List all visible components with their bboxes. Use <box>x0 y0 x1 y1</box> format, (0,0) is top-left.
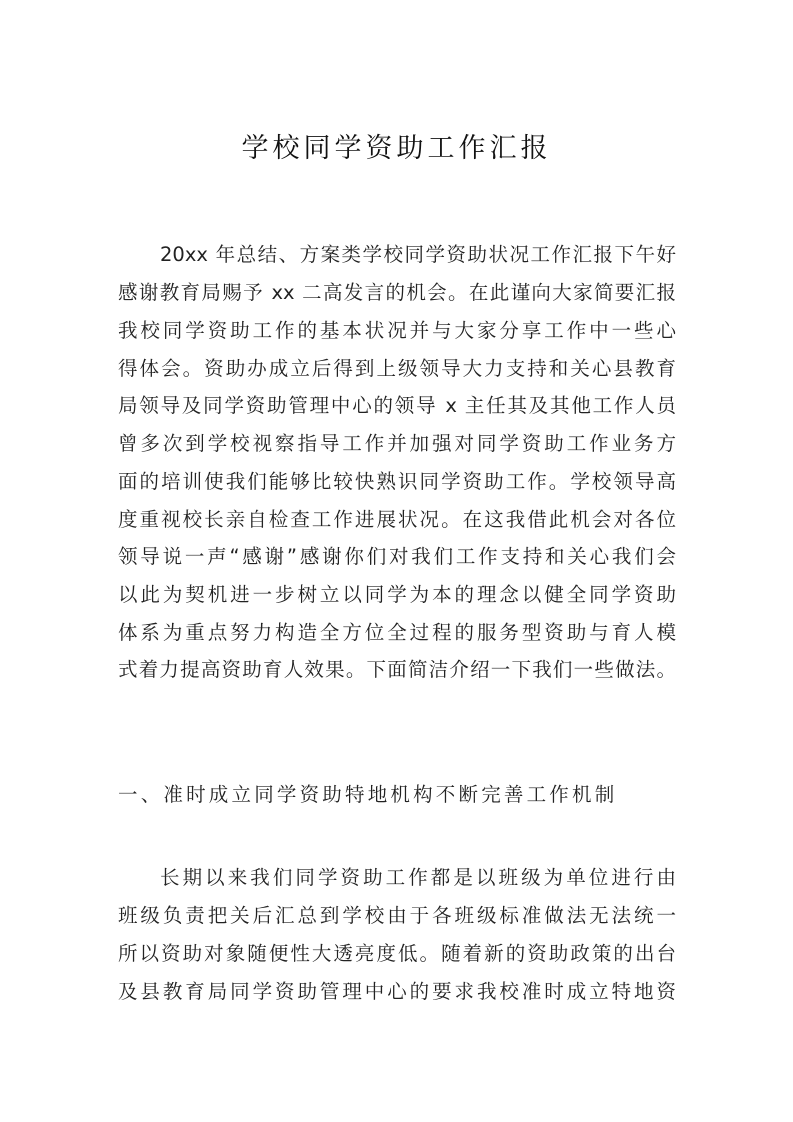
document-page: 学校同学资助工作汇报 20xx 年总结、方案类学校同学资助状况工作汇报下午好 感… <box>0 0 793 1122</box>
paragraph-line: 感谢教育局赐予 xx 二高发言的机会。在此谨向大家简要汇报 <box>118 280 676 306</box>
paragraph-line: 长期以来我们同学资助工作都是以班级为单位进行由 <box>160 865 676 891</box>
paragraph-line: 式着力提高资助育人效果。下面简洁介绍一下我们一些做法。 <box>118 657 676 683</box>
document-title: 学校同学资助工作汇报 <box>0 126 793 165</box>
paragraph-line: 领导说一声“感谢”感谢你们对我们工作支持和关心我们会 <box>118 544 676 570</box>
paragraph-line: 所以资助对象随便性大透亮度低。随着新的资助政策的出台 <box>118 941 676 967</box>
paragraph-line: 20xx 年总结、方案类学校同学资助状况工作汇报下午好 <box>160 242 676 268</box>
paragraph-line: 以此为契机进一步树立以同学为本的理念以健全同学资助 <box>118 582 676 608</box>
section-heading: 一、准时成立同学资助特地机构不断完善工作机制 <box>118 782 617 808</box>
paragraph-line: 曾多次到学校视察指导工作并加强对同学资助工作业务方 <box>118 431 676 457</box>
paragraph-line: 度重视校长亲自检查工作进展状况。在这我借此机会对各位 <box>118 507 676 533</box>
paragraph-line: 面的培训使我们能够比较快熟识同学资助工作。学校领导高 <box>118 469 676 495</box>
paragraph-line: 得体会。资助办成立后得到上级领导大力支持和关心县教育 <box>118 356 676 382</box>
paragraph-line: 我校同学资助工作的基本状况并与大家分享工作中一些心 <box>118 318 676 344</box>
paragraph-line: 及县教育局同学资助管理中心的要求我校准时成立特地资 <box>118 979 676 1005</box>
paragraph-line: 局领导及同学资助管理中心的领导 x 主任其及其他工作人员 <box>118 393 676 419</box>
paragraph-line: 班级负责把关后汇总到学校由于各班级标准做法无法统一 <box>118 903 676 929</box>
paragraph-line: 体系为重点努力构造全方位全过程的服务型资助与育人模 <box>118 620 676 646</box>
